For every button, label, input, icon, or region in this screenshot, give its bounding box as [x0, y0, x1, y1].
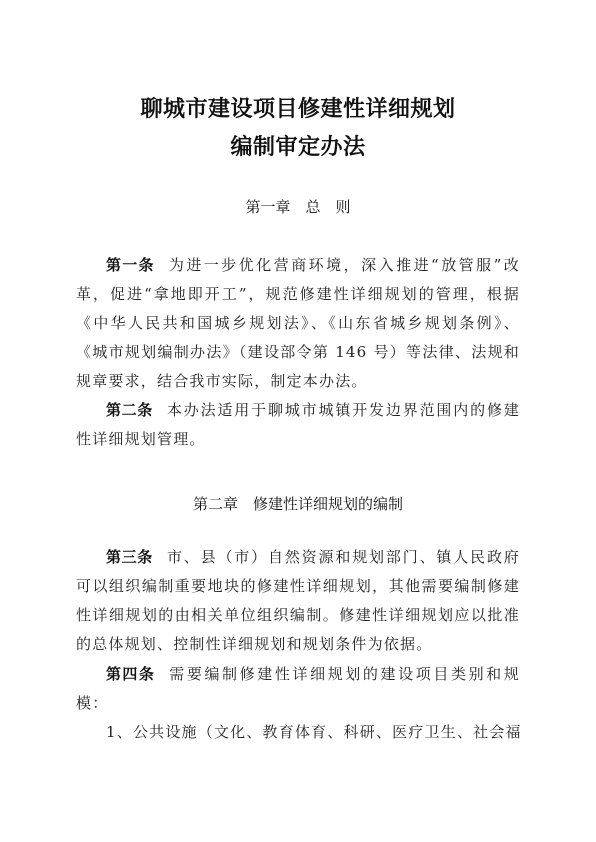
article-text-line: 革，促进“拿地即开工”，规范修建性详细规划的管理，根据: [76, 280, 520, 309]
article-text-line: 性详细规划的由相关单位组织编制。修建性详细规划应以批准: [76, 601, 520, 630]
document-page: 聊城市建设项目修建性详细规划 编制审定办法 第一章 总 则 第一条为进一步优化营…: [0, 0, 596, 842]
article-label: 第一条: [106, 256, 155, 274]
chapter-heading-1: 第一章 总 则: [0, 196, 596, 217]
article-text-line: 为进一步优化营商环境，深入推进“放管服”改: [169, 256, 520, 274]
article-text-line: 的总体规划、控制性详细规划和规划条件为依据。: [76, 630, 520, 659]
list-item: 1、公共设施（文化、教育体育、科研、医疗卫生、社会福: [76, 718, 520, 747]
article-text-line: 可以组织编制重要地块的修建性详细规划，其他需要编制修建: [76, 572, 520, 601]
article-text-line: 《城市规划编制办法》（建设部令第 146 号）等法律、法规和: [76, 338, 520, 367]
article-text-line: 模：: [76, 689, 520, 718]
article-label: 第二条: [106, 401, 153, 419]
article-text-line: 需要编制修建性详细规划的建设项目类别和规: [169, 665, 520, 683]
document-title-line-1: 聊城市建设项目修建性详细规划: [0, 92, 596, 123]
article-text-line: 市、县（市）自然资源和规划部门、镇人民政府: [167, 548, 520, 566]
article-3: 第三条市、县（市）自然资源和规划部门、镇人民政府 可以组织编制重要地块的修建性详…: [76, 543, 520, 659]
article-label: 第四条: [106, 665, 155, 683]
article-text-line: 规章要求，结合我市实际，制定本办法。: [76, 367, 520, 396]
article-text-line: 性详细规划管理。: [76, 425, 520, 454]
chapter-heading-2: 第二章 修建性详细规划的编制: [0, 493, 596, 514]
article-2: 第二条本办法适用于聊城市城镇开发边界范围内的修建 性详细规划管理。: [76, 396, 520, 454]
document-title-line-2: 编制审定办法: [0, 130, 596, 161]
article-label: 第三条: [106, 548, 153, 566]
article-4: 第四条需要编制修建性详细规划的建设项目类别和规 模： 1、公共设施（文化、教育体…: [76, 660, 520, 747]
article-text-line: 本办法适用于聊城市城镇开发边界范围内的修建: [167, 401, 520, 419]
article-text-line: 《中华人民共和国城乡规划法》、《山东省城乡规划条例》、: [76, 309, 520, 338]
article-1: 第一条为进一步优化营商环境，深入推进“放管服”改 革，促进“拿地即开工”，规范修…: [76, 251, 520, 396]
